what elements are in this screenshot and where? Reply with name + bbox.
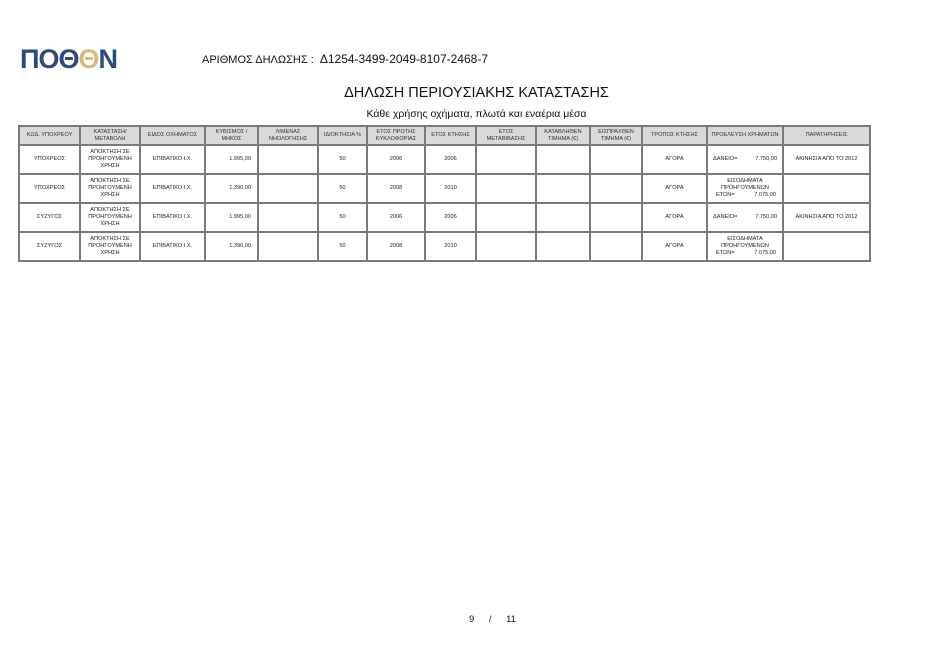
funds-source-multiline: ΕΙΣΟΔΗΜΑΤΑΠΡΟΗΓΟΥΜΕΝΩΝΕΤΩΝ=7.075,00 (710, 178, 780, 199)
cell-obligor: ΣΥΖΥΓΟΣ (19, 203, 80, 232)
cell-acquisition-method: ΑΓΟΡΑ (642, 174, 707, 203)
cell-status: ΑΠΟΚΤΗΣΗ ΣΕ ΠΡΟΗΓΟΥΜΕΝΗ ΧΡΗΣΗ (80, 174, 140, 203)
document-title: ΔΗΛΩΣΗ ΠΕΡΙΟΥΣΙΑΚΗΣ ΚΑΤΑΣΤΑΣΗΣ (0, 85, 947, 101)
funds-source-label: ΕΤΩΝ= (716, 192, 735, 199)
column-header: ΚΑΤΑΒΛΗΘΕΝ ΤΙΜΗΜΑ (€) (536, 126, 590, 145)
funds-source-label: ΔΑΝΕΙΟ= (713, 156, 737, 163)
cell-funds-source: ΕΙΣΟΔΗΜΑΤΑΠΡΟΗΓΟΥΜΕΝΩΝΕΤΩΝ=7.075,00 (707, 174, 783, 203)
cell-received-price (590, 145, 642, 174)
cell-acquisition-year: 2010 (425, 232, 476, 261)
cell-first-reg-year: 2006 (367, 203, 425, 232)
logo-text-end: Ν (99, 44, 118, 74)
cell-port (258, 232, 318, 261)
cell-obligor: ΥΠΟΧΡΕΟΣ (19, 174, 80, 203)
cell-ownership: 50 (318, 232, 367, 261)
funds-source-line: ΕΤΩΝ=7.075,00 (710, 250, 780, 257)
cell-first-reg-year: 2006 (367, 145, 425, 174)
cell-port (258, 145, 318, 174)
cell-vehicle-type: ΕΠΙΒΑΤΙΚΟ Ι.Χ. (140, 203, 205, 232)
column-header: ΠΑΡΑΤΗΡΗΣΕΙΣ (783, 126, 870, 145)
cell-acquisition-year: 2006 (425, 203, 476, 232)
current-page: 9 (469, 614, 474, 625)
column-header: ΛΙΜΕΝΑΣ ΝΗΟΛΟΓΗΣΗΣ (258, 126, 318, 145)
cell-first-reg-year: 2008 (367, 232, 425, 261)
cell-transfer-year (476, 232, 536, 261)
column-header: ΚΑΤΑΣΤΑΣΗ/ ΜΕΤΑΒΟΛΗ (80, 126, 140, 145)
table-row: ΣΥΖΥΓΟΣΑΠΟΚΤΗΣΗ ΣΕ ΠΡΟΗΓΟΥΜΕΝΗ ΧΡΗΣΗΕΠΙΒ… (19, 203, 870, 232)
vehicles-table: ΚΩΔ. ΥΠΟΧΡΕΟΥΚΑΤΑΣΤΑΣΗ/ ΜΕΤΑΒΟΛΗΕΙΔΟΣ ΟΧ… (18, 125, 871, 262)
funds-source-line: ΠΡΟΗΓΟΥΜΕΝΩΝ (710, 243, 780, 250)
cell-acquisition-year: 2006 (425, 145, 476, 174)
funds-source-line: ΕΤΩΝ=7.075,00 (710, 192, 780, 199)
cell-port (258, 174, 318, 203)
cell-remarks: ΑΚΙΝΗΣΙΑ ΑΠΟ ΤΟ 2012 (783, 145, 870, 174)
funds-source-amount: 7.750,00 (755, 214, 777, 221)
cell-remarks (783, 232, 870, 261)
logo-text-main: ΠΟΘ (20, 44, 79, 74)
cell-acquisition-year: 2010 (425, 174, 476, 203)
funds-source-amount: 7.750,00 (755, 156, 777, 163)
cell-received-price (590, 174, 642, 203)
cell-received-price (590, 203, 642, 232)
cell-capacity: 1.995,00 (205, 203, 258, 232)
cell-remarks: ΑΚΙΝΗΣΙΑ ΑΠΟ ΤΟ 2012 (783, 203, 870, 232)
funds-source-multiline: ΕΙΣΟΔΗΜΑΤΑΠΡΟΗΓΟΥΜΕΝΩΝΕΤΩΝ=7.075,00 (710, 236, 780, 257)
cell-ownership: 50 (318, 145, 367, 174)
cell-vehicle-type: ΕΠΙΒΑΤΙΚΟ Ι.Χ. (140, 174, 205, 203)
cell-funds-source: ΔΑΝΕΙΟ=7.750,00 (707, 145, 783, 174)
page-indicator: 9 / 11 (0, 614, 947, 625)
declaration-value: Δ1254-3499-2049-8107-2468-7 (320, 52, 488, 66)
table-row: ΥΠΟΧΡΕΟΣΑΠΟΚΤΗΣΗ ΣΕ ΠΡΟΗΓΟΥΜΕΝΗ ΧΡΗΣΗΕΠΙ… (19, 174, 870, 203)
funds-source-amount: 7.075,00 (754, 192, 776, 199)
column-header: ΙΔΙΟΚΤΗΣΙΑ % (318, 126, 367, 145)
cell-obligor: ΥΠΟΧΡΕΟΣ (19, 145, 80, 174)
funds-source-label: ΔΑΝΕΙΟ= (713, 214, 737, 221)
column-header: ΕΤΟΣ ΜΕΤΑΒΙΒΑΣΗΣ (476, 126, 536, 145)
funds-source: ΔΑΝΕΙΟ=7.750,00 (710, 156, 780, 163)
cell-ownership: 50 (318, 203, 367, 232)
column-header: ΤΡΟΠΟΣ ΚΤΗΣΗΣ (642, 126, 707, 145)
cell-paid-price (536, 203, 590, 232)
column-header: ΕΙΣΠΡΑΧΘΕΝ ΤΙΜΗΜΑ (€) (590, 126, 642, 145)
table-header-row: ΚΩΔ. ΥΠΟΧΡΕΟΥΚΑΤΑΣΤΑΣΗ/ ΜΕΤΑΒΟΛΗΕΙΔΟΣ ΟΧ… (19, 126, 870, 145)
funds-source: ΔΑΝΕΙΟ=7.750,00 (710, 214, 780, 221)
cell-status: ΑΠΟΚΤΗΣΗ ΣΕ ΠΡΟΗΓΟΥΜΕΝΗ ΧΡΗΣΗ (80, 145, 140, 174)
cell-transfer-year (476, 145, 536, 174)
logo-text-accent: Θ (79, 44, 99, 74)
page-separator: / (489, 614, 492, 625)
logo: ΠΟΘΘΝ (20, 44, 117, 74)
column-header: ΚΩΔ. ΥΠΟΧΡΕΟΥ (19, 126, 80, 145)
funds-source-label: ΕΤΩΝ= (716, 250, 735, 257)
column-header: ΠΡΟΕΛΕΥΣΗ ΧΡΗΜΑΤΩΝ (707, 126, 783, 145)
cell-port (258, 203, 318, 232)
cell-received-price (590, 232, 642, 261)
declaration-number: ΑΡΙΘΜΟΣ ΔΗΛΩΣΗΣ : Δ1254-3499-2049-8107-2… (202, 52, 488, 66)
cell-transfer-year (476, 203, 536, 232)
cell-remarks (783, 174, 870, 203)
cell-paid-price (536, 145, 590, 174)
cell-vehicle-type: ΕΠΙΒΑΤΙΚΟ Ι.Χ. (140, 232, 205, 261)
funds-source-line: ΕΙΣΟΔΗΜΑΤΑ (710, 178, 780, 185)
cell-capacity: 1.995,00 (205, 145, 258, 174)
cell-status: ΑΠΟΚΤΗΣΗ ΣΕ ΠΡΟΗΓΟΥΜΕΝΗ ΧΡΗΣΗ (80, 232, 140, 261)
table-row: ΣΥΖΥΓΟΣΑΠΟΚΤΗΣΗ ΣΕ ΠΡΟΗΓΟΥΜΕΝΗ ΧΡΗΣΗΕΠΙΒ… (19, 232, 870, 261)
column-header: ΕΤΟΣ ΠΡΩΤΗΣ ΚΥΚΛΟΦΟΡΙΑΣ (367, 126, 425, 145)
cell-first-reg-year: 2008 (367, 174, 425, 203)
column-header: ΚΥΒΙΣΜΟΣ / ΜΗΚΟΣ (205, 126, 258, 145)
cell-transfer-year (476, 174, 536, 203)
declaration-label: ΑΡΙΘΜΟΣ ΔΗΛΩΣΗΣ : (202, 54, 314, 66)
cell-acquisition-method: ΑΓΟΡΑ (642, 145, 707, 174)
table-row: ΥΠΟΧΡΕΟΣΑΠΟΚΤΗΣΗ ΣΕ ΠΡΟΗΓΟΥΜΕΝΗ ΧΡΗΣΗΕΠΙ… (19, 145, 870, 174)
cell-paid-price (536, 232, 590, 261)
funds-source-line: ΕΙΣΟΔΗΜΑΤΑ (710, 236, 780, 243)
total-pages: 11 (506, 614, 516, 625)
column-header: ΕΤΟΣ ΚΤΗΣΗΣ (425, 126, 476, 145)
funds-source-amount: 7.075,00 (754, 250, 776, 257)
cell-capacity: 1.390,00 (205, 174, 258, 203)
cell-status: ΑΠΟΚΤΗΣΗ ΣΕ ΠΡΟΗΓΟΥΜΕΝΗ ΧΡΗΣΗ (80, 203, 140, 232)
cell-acquisition-method: ΑΓΟΡΑ (642, 203, 707, 232)
cell-funds-source: ΔΑΝΕΙΟ=7.750,00 (707, 203, 783, 232)
funds-source-line: ΠΡΟΗΓΟΥΜΕΝΩΝ (710, 185, 780, 192)
cell-acquisition-method: ΑΓΟΡΑ (642, 232, 707, 261)
cell-paid-price (536, 174, 590, 203)
document-subtitle: Κάθε χρήσης οχήματα, πλωτά και εναέρια μ… (0, 108, 947, 120)
cell-capacity: 1.390,00 (205, 232, 258, 261)
cell-ownership: 50 (318, 174, 367, 203)
cell-funds-source: ΕΙΣΟΔΗΜΑΤΑΠΡΟΗΓΟΥΜΕΝΩΝΕΤΩΝ=7.075,00 (707, 232, 783, 261)
cell-obligor: ΣΥΖΥΓΟΣ (19, 232, 80, 261)
cell-vehicle-type: ΕΠΙΒΑΤΙΚΟ Ι.Χ. (140, 145, 205, 174)
column-header: ΕΙΔΟΣ ΟΧΗΜΑΤΟΣ (140, 126, 205, 145)
